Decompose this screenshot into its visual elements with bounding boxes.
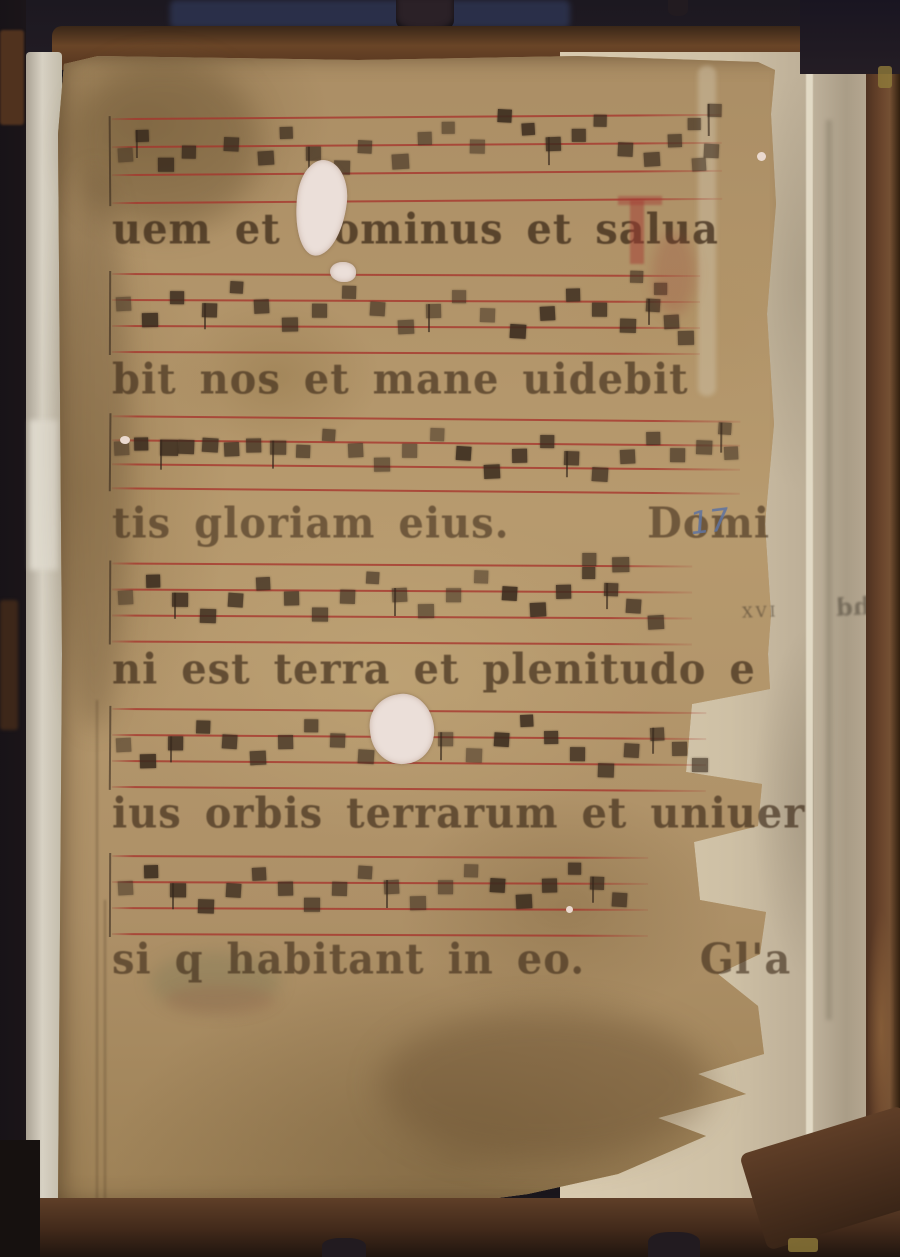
faded-red-initial xyxy=(630,200,644,264)
chant-text-line: si q habitant in eo. Gl'a xyxy=(112,935,791,984)
background-cloth xyxy=(170,0,570,28)
parchment-speck xyxy=(120,436,130,444)
chant-text-line: ni est terra et plenitudo e xyxy=(112,645,756,694)
leaf-edge-grey xyxy=(814,56,868,1196)
binding-edge-fragment xyxy=(0,600,18,730)
chant-text-line: tis gloriam eius. Domi xyxy=(112,499,770,548)
margin-stamp: xvi xyxy=(742,597,779,622)
paper-guard-highlight xyxy=(30,420,58,570)
parchment-speck xyxy=(757,152,766,161)
faded-red-initial-top xyxy=(618,196,662,205)
chant-text-line: bit nos et mane uidebit xyxy=(112,355,689,404)
parchment-hole xyxy=(330,262,356,282)
chant-text-line: uem et dominus et salua xyxy=(112,205,719,254)
background-top-right xyxy=(800,0,900,74)
parchment-speck xyxy=(566,906,573,913)
leaf-edge-highlight xyxy=(806,60,813,1180)
fold-crease xyxy=(104,900,106,1200)
binding-post xyxy=(648,1232,700,1257)
clasp-fitting xyxy=(788,1238,818,1252)
red-pigment-stain xyxy=(652,232,696,316)
binding-edge-fragment xyxy=(0,30,24,125)
folio-number: 17 xyxy=(688,502,732,543)
binding-post xyxy=(322,1238,366,1257)
binding-post xyxy=(668,0,688,16)
manuscript-photo: uem et dominus et salua bit nos et mane … xyxy=(0,0,900,1257)
clasp-fitting xyxy=(878,66,892,88)
background-bottom-left xyxy=(0,1140,40,1257)
paper-guard-strip xyxy=(26,52,62,1212)
leaf-edge-streak xyxy=(826,120,832,1020)
chant-text-line: ius orbis terrarum et uniuer xyxy=(112,789,805,838)
fold-crease xyxy=(96,700,98,1200)
